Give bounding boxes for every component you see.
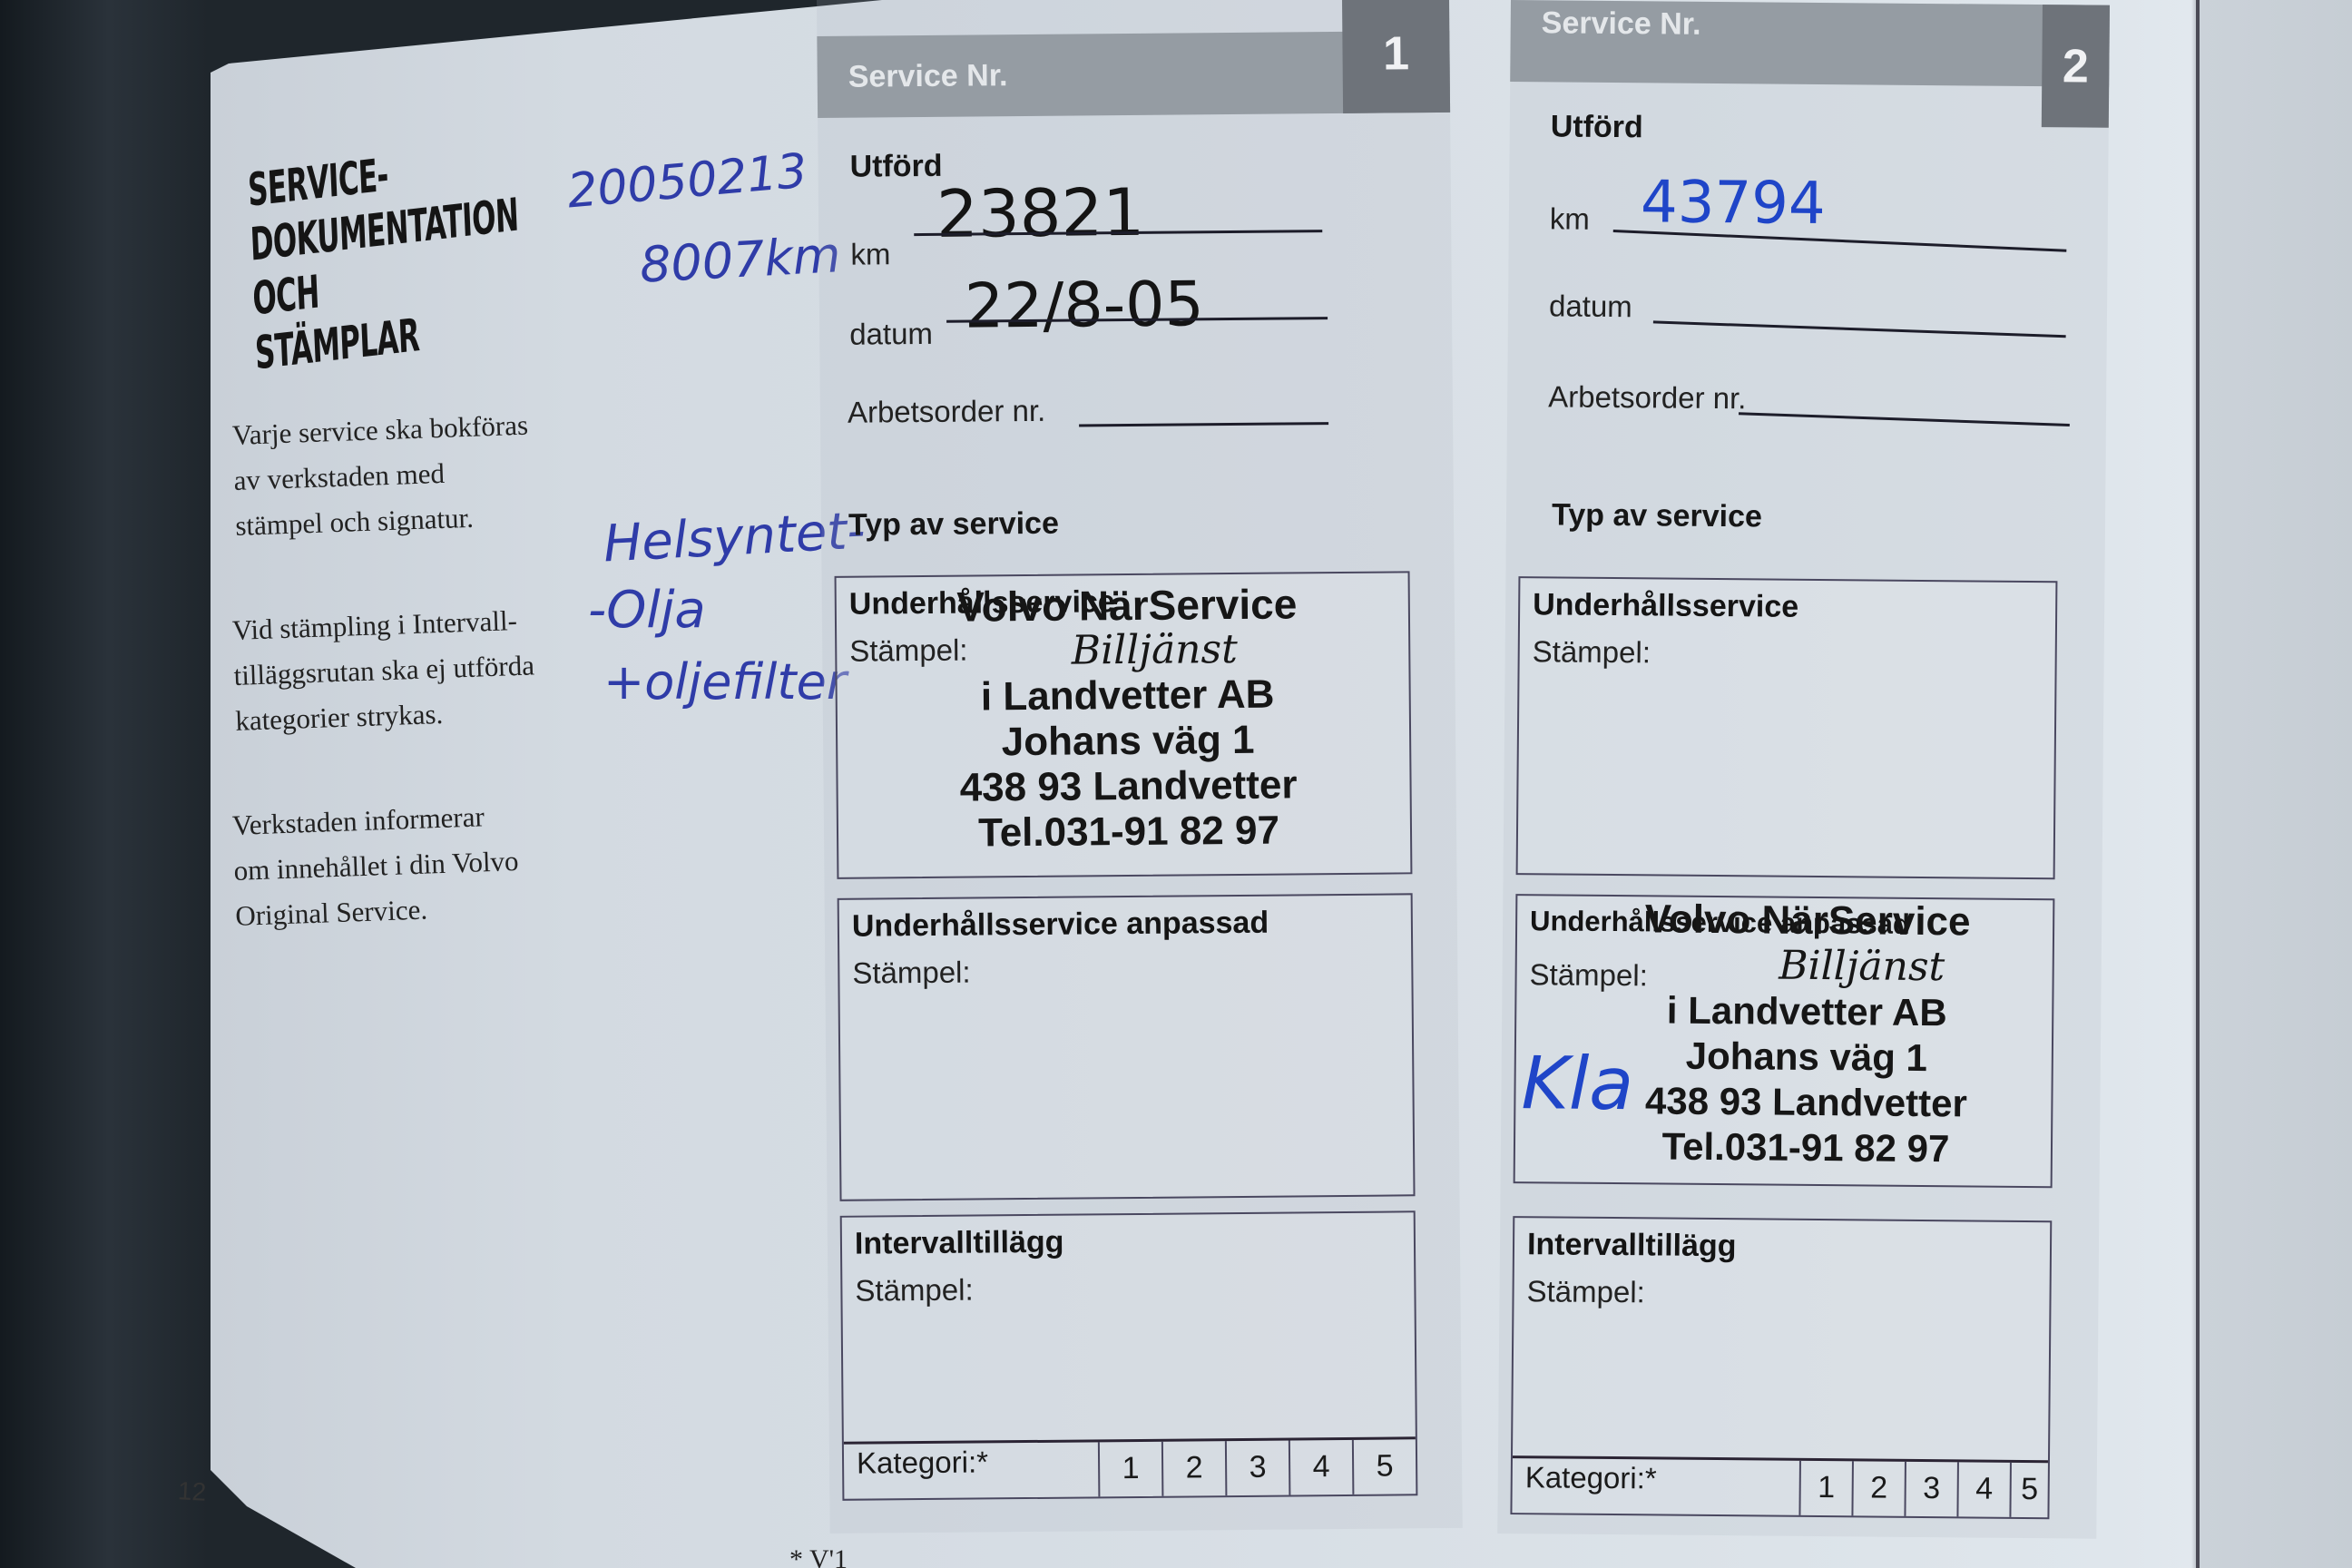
box-title: Intervalltillägg [1527,1227,1737,1264]
service-header: Service Nr. 2 [1510,0,2110,87]
category-4[interactable]: 4 [1289,1440,1353,1495]
maintenance-service-box[interactable]: Underhållsservice Stämpel: [1516,576,2058,879]
stamp-label: Stämpel: [1533,634,1651,670]
category-label: Kategori:* [1512,1458,1799,1515]
service-header: Service Nr. 1 [817,31,1450,118]
category-4[interactable]: 4 [1956,1462,2010,1517]
box-title: Underhållsservice [1533,587,1798,625]
dealer-stamp: Volvo NärService Billjänst i Landvetter … [1561,897,2053,1173]
maintenance-service-box[interactable]: Underhållsservice Stämpel: Volvo NärServ… [835,571,1413,879]
section-title: SERVICE- DOKUMENTATION OCH STÄMPLAR [247,137,492,381]
adapted-maintenance-box[interactable]: Underhållsservice anpassad Stämpel: Volv… [1514,894,2055,1188]
intro-paragraph-1: Varje service ska bokföras av verkstaden… [231,400,599,549]
work-order-label: Arbetsorder nr. [1548,379,1747,416]
category-1[interactable]: 1 [1098,1442,1162,1497]
stamp-label: Stämpel: [1526,1274,1645,1309]
category-2[interactable]: 2 [1851,1461,1905,1516]
footnote: * V'1 [789,1544,848,1568]
category-row: Kategori:* 1 2 3 4 5 [1512,1455,2048,1517]
interval-addition-box[interactable]: Intervalltillägg Stämpel: Kategori:* 1 2… [840,1210,1418,1501]
service-number-badge: 1 [1342,0,1450,113]
km-value[interactable]: 43794 [1641,169,1826,238]
performed-label: Utförd [849,149,942,185]
service-number-badge: 2 [2042,5,2110,128]
handwritten-km: 8007km [639,226,842,293]
work-order-label: Arbetsorder nr. [848,394,1046,430]
category-1[interactable]: 1 [1798,1461,1852,1516]
service-header-label: Service Nr. [848,58,1008,95]
stamp-label: Stämpel: [855,1273,974,1308]
date-value[interactable]: 22/8-05 [965,269,1204,342]
interval-addition-box[interactable]: Intervalltillägg Stämpel: Kategori:* 1 2… [1510,1216,2052,1519]
adapted-maintenance-box[interactable]: Underhållsservice anpassad Stämpel: [838,893,1416,1201]
km-label: km [1550,201,1590,236]
service-panel-2: Service Nr. 2 Utförd km 43794 datum Arbe… [1497,0,2110,1539]
box-title: Intervalltillägg [855,1225,1064,1262]
date-label: datum [1549,289,1632,324]
km-label: km [850,237,890,271]
page-number: 12 [177,1476,207,1507]
service-panel-1: Service Nr. 1 Utförd km 23821 datum 22/8… [817,0,1463,1534]
stamp-label: Stämpel: [852,955,971,991]
service-type-label: Typ av service [1552,497,1762,534]
category-label: Kategori:* [844,1442,1099,1498]
signature: Kla [1521,1041,1634,1126]
date-label: datum [849,317,933,352]
category-row: Kategori:* 1 2 3 4 5 [844,1436,1416,1498]
intro-paragraph-2: Vid stämpling i Intervall- tilläggsrutan… [231,595,599,744]
category-3[interactable]: 3 [1904,1462,1957,1517]
intro-paragraph-3: Verkstaden informerar om innehållet i di… [231,790,599,939]
category-2[interactable]: 2 [1161,1441,1226,1496]
dealer-stamp: Volvo NärService Billjänst i Landvetter … [855,580,1402,857]
box-title: Underhållsservice anpassad [852,906,1269,945]
category-3[interactable]: 3 [1225,1441,1289,1496]
service-header-label: Service Nr. [1542,5,1701,43]
performed-label: Utförd [1551,109,1643,145]
next-page-edge [2196,0,2352,1568]
handwritten-note-line-2: -Olja [588,581,706,640]
service-type-label: Typ av service [848,506,1059,544]
category-5[interactable]: 5 [2009,1463,2048,1517]
category-5[interactable]: 5 [1352,1439,1416,1494]
handwritten-note-line-3: +oljefilter [603,653,847,710]
km-value[interactable]: 23821 [936,174,1145,252]
